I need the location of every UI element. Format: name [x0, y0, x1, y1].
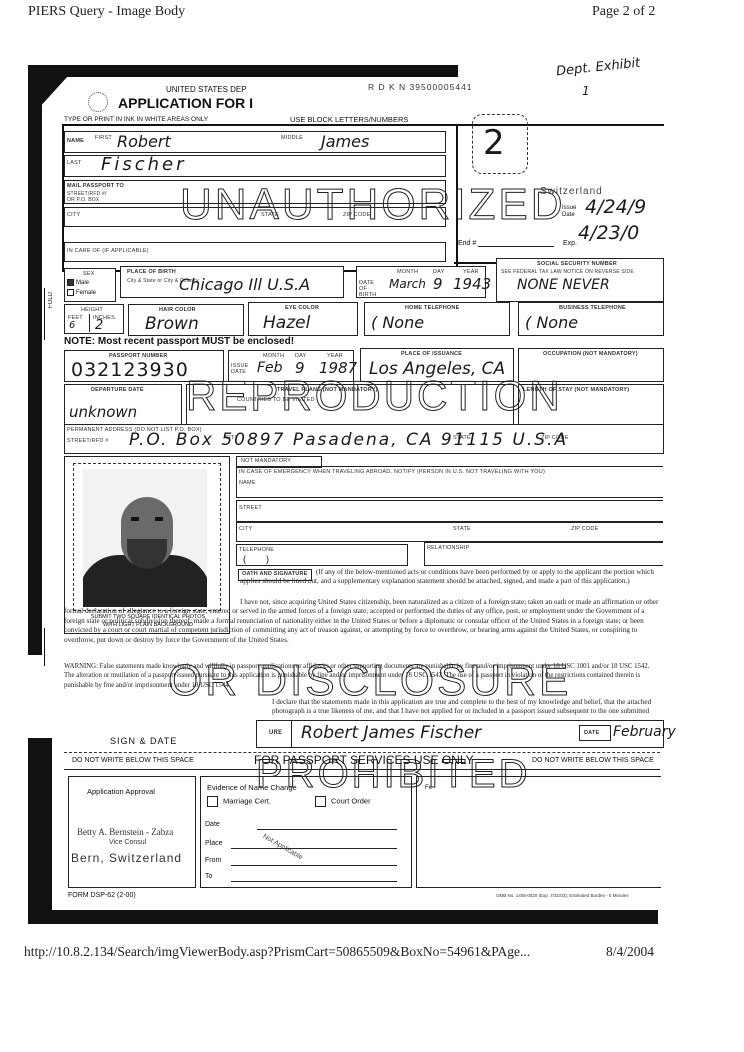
scan-edge-bottom: [28, 910, 658, 924]
nc-to-label: To: [205, 873, 212, 880]
emergency-state-label: STATE: [453, 526, 471, 532]
home-phone-field[interactable]: HOME TELEPHONE ( None: [364, 302, 510, 336]
signature-field[interactable]: URE Robert James Fischer DATE February: [256, 720, 664, 748]
place-of-birth-value: Chicago Ill U.S.A: [179, 275, 310, 294]
court-order-checkbox[interactable]: [315, 796, 326, 807]
in-care-of-field[interactable]: IN CARE OF (IF APPLICABLE): [64, 242, 446, 262]
dob-month-value: March: [389, 277, 426, 291]
sex-field: SEX Male Female: [64, 268, 116, 302]
place-of-birth-label: PLACE OF BIRTH: [127, 269, 176, 275]
place-of-issuance-label: PLACE OF ISSUANCE: [401, 351, 462, 357]
passport-note: NOTE: Most recent passport MUST be enclo…: [64, 336, 294, 347]
nc-date-label: Date: [205, 821, 220, 828]
passport-issue-date-field[interactable]: Month Day Year ISSUE DATE Feb 9 1987: [228, 350, 354, 382]
emergency-telephone-label: TELEPHONE: [239, 547, 274, 553]
emergency-city-field[interactable]: CITY STATE ZIP CODE: [236, 522, 663, 542]
male-checkbox[interactable]: [67, 279, 74, 286]
scan-edge-left-lower: [28, 738, 52, 924]
box-number: 2: [483, 123, 505, 163]
permanent-address-value: P.O. Box 50897 Pasadena, CA 91115 U.S.A: [129, 430, 568, 450]
scan-edge-top: [28, 65, 458, 77]
fold-marker-line-lower: [44, 628, 45, 666]
height-label: HEIGHT: [81, 307, 103, 313]
in-care-of-label: IN CARE OF (IF APPLICABLE): [67, 248, 149, 254]
occupation-label: OCCUPATION (Not Mandatory): [543, 351, 638, 357]
date-label: DATE: [584, 730, 599, 736]
sign-and-date-label: SIGN & DATE: [110, 736, 177, 746]
issue-date-value: 4/24/9: [585, 196, 646, 218]
dob-year-value: 1943: [453, 275, 491, 293]
date-of-birth-field[interactable]: Month Day Year DATE OF BIRTH March 9 194…: [356, 266, 486, 298]
occupation-field[interactable]: OCCUPATION (Not Mandatory): [518, 348, 664, 382]
first-name-value: Robert: [117, 132, 171, 151]
pid-day-value: 9: [295, 359, 305, 377]
eagle-seal-icon: [88, 92, 108, 112]
emergency-name-label: NAME: [239, 480, 256, 486]
length-of-stay-label: LENGTH OF STAY (Not Mandatory): [523, 387, 629, 393]
female-checkbox[interactable]: [67, 289, 74, 296]
page-date: 8/4/2004: [606, 944, 654, 960]
dob-day-value: 9: [433, 275, 443, 293]
marriage-cert-label: Marriage Cert.: [223, 796, 271, 805]
approval-label: Application Approval: [87, 787, 155, 796]
ssn-sublabel: SEE FEDERAL TAX LAW NOTICE ON REVERSE SI…: [501, 269, 634, 275]
place-of-birth-field[interactable]: PLACE OF BIRTH City & State or City & Co…: [120, 266, 344, 298]
exhibit-number: 1: [582, 84, 590, 98]
do-not-write-right: DO NOT WRITE BELOW THIS SPACE: [532, 757, 654, 764]
first-name-label: FIRST: [95, 135, 112, 141]
fold-marker-line: [44, 288, 45, 340]
middle-name-label: MIDDLE: [281, 135, 303, 141]
countries-label: COUNTRIES TO BE VISITED: [237, 397, 315, 403]
middle-name-value: James: [321, 132, 369, 151]
name-change-label: Evidence of Name Change: [207, 783, 297, 792]
issue-date-label: ISSUE DATE: [231, 363, 251, 375]
exp-date-value: 4/23/0: [578, 222, 639, 244]
not-mandatory-label: NOT MANDATORY: [241, 458, 291, 464]
nc-from-label: From: [205, 857, 221, 864]
date-of-birth-label: DATE OF BIRTH: [359, 280, 383, 298]
signature-value: Robert James Fischer: [301, 723, 481, 743]
zip-label: ZIP CODE: [343, 212, 370, 218]
passport-services-banner: FOR PASSPORT SERVICES USE ONLY: [254, 753, 474, 767]
emergency-city-label: CITY: [239, 526, 252, 532]
last-name-value: Fischer: [101, 154, 187, 175]
office-use-banner: DO NOT WRITE BELOW THIS SPACE FOR PASSPO…: [64, 752, 660, 770]
approver-title: Vice Consul: [109, 839, 146, 846]
perm-street-label: STREET/RFD #: [67, 438, 109, 444]
business-phone-field[interactable]: BUSINESS TELEPHONE ( None: [518, 302, 664, 336]
mailing-city-field[interactable]: CITY STATE ZIP CODE: [64, 207, 446, 227]
emergency-street-field[interactable]: STREET: [236, 500, 663, 522]
nc-place-field[interactable]: [231, 848, 397, 849]
signature-date-value: February: [613, 724, 676, 740]
departure-date-label: DEPARTURE DATE: [91, 387, 144, 393]
fee-label: Fe: [425, 785, 432, 791]
page-url[interactable]: http://10.8.2.134/Search/imgViewerBody.a…: [24, 944, 530, 960]
permanent-address-field[interactable]: PERMANENT ADDRESS (Do not list P.O. Box)…: [64, 424, 664, 454]
instruction-left: TYPE OR PRINT IN INK IN WHITE AREAS ONLY: [64, 116, 208, 123]
pid-month-value: Feb: [257, 360, 283, 376]
mailing-street-field[interactable]: MAIL PASSPORT TO STREET/RFD #/ OR P.O. B…: [64, 180, 446, 204]
marriage-cert-checkbox[interactable]: [207, 796, 218, 807]
nc-to-field[interactable]: [231, 881, 397, 882]
ssn-label: SOCIAL SECURITY NUMBER: [537, 261, 617, 267]
name-label: NAME: [67, 138, 84, 144]
pid-year-value: 1987: [319, 359, 357, 377]
application-approval-box: Application Approval Betty A. Bernstein …: [68, 776, 196, 888]
box-number-frame: 2: [472, 114, 528, 174]
emergency-relationship-label: RELATIONSHIP: [427, 545, 469, 551]
oath-declaration: I declare that the statements made in th…: [272, 698, 660, 718]
eye-color-value: Hazel: [263, 313, 310, 333]
travel-plans-label: TRAVEL PLANS (Not Mandatory): [277, 387, 378, 393]
oath-warning: WARNING: False statements made knowingly…: [64, 662, 660, 690]
dob-month-label: Month: [397, 269, 418, 275]
passport-number-field[interactable]: PASSPORT NUMBER 032123930: [64, 350, 224, 382]
scan-corner: [28, 65, 78, 120]
end-label: End #: [458, 240, 476, 247]
scan-edge-left: [28, 65, 42, 655]
name-first-middle-field[interactable]: NAME FIRST Robert MIDDLE James: [64, 131, 446, 153]
oath-intro: (If any of the below-mentioned acts or c…: [240, 568, 660, 587]
eye-color-field[interactable]: EYE COLOR Hazel: [248, 302, 358, 336]
omb-number: OMB No. 1405-0020 (Exp. 7/31/03); Estima…: [496, 893, 629, 898]
city-label: CITY: [67, 212, 80, 218]
hair-color-label: HAIR COLOR: [159, 307, 196, 313]
nc-date-field[interactable]: [257, 829, 397, 830]
emergency-relationship-field[interactable]: RELATIONSHIP: [424, 542, 663, 566]
page-title: PIERS Query - Image Body: [28, 4, 185, 20]
departure-date-field[interactable]: DEPARTURE DATE unknown: [64, 384, 182, 426]
sex-label: SEX: [83, 271, 95, 277]
home-phone-label: HOME TELEPHONE: [405, 305, 459, 311]
form-title: APPLICATION FOR I: [118, 95, 253, 111]
hair-color-field[interactable]: HAIR COLOR Brown: [128, 304, 244, 336]
emergency-street-label: STREET: [239, 505, 262, 511]
page-indicator: Page 2 of 2: [592, 4, 655, 20]
form-number: FORM DSP-62 (2-00): [68, 892, 136, 899]
emergency-telephone-value: ( ): [243, 554, 269, 564]
oath-body: I have not, since acquiring United State…: [64, 598, 660, 656]
state-label: STATE: [261, 212, 279, 218]
form-agency: UNITED STATES DEP: [166, 85, 247, 94]
mail-passport-label: MAIL PASSPORT TO: [67, 183, 124, 189]
fold-marker-label: FOLD: [48, 292, 54, 308]
business-phone-value: ( None: [525, 313, 578, 332]
fee-box: Fe: [416, 776, 661, 888]
signature-label: URE: [269, 730, 282, 736]
departure-date-value: unknown: [69, 403, 137, 421]
height-field[interactable]: HEIGHT Feet Inches 6 2: [64, 304, 124, 334]
length-of-stay-field[interactable]: LENGTH OF STAY (Not Mandatory): [518, 384, 664, 426]
street-label: STREET/RFD #/ OR P.O. BOX: [67, 191, 107, 203]
emergency-header-label: IN CASE OF EMERGENCY WHEN TRAVELING ABRO…: [239, 469, 545, 475]
ssn-field[interactable]: SOCIAL SECURITY NUMBER SEE FEDERAL TAX L…: [496, 258, 664, 302]
nc-from-field[interactable]: [231, 865, 397, 866]
applicant-photo: [83, 469, 207, 607]
end-field[interactable]: [478, 246, 554, 247]
form-serial-number: R D K N 39500005441: [368, 82, 473, 92]
instruction-right: USE BLOCK LETTERS/NUMBERS: [290, 115, 408, 124]
ssn-value: NONE NEVER: [517, 277, 610, 293]
approver-name: Betty A. Bernstein - Zabza: [77, 827, 173, 837]
court-order-label: Court Order: [331, 796, 371, 805]
height-feet-value: 6: [69, 320, 75, 331]
business-phone-label: BUSINESS TELEPHONE: [559, 305, 626, 311]
nc-place-label: Place: [205, 840, 223, 847]
emergency-telephone-field[interactable]: TELEPHONE ( ): [236, 544, 408, 566]
home-phone-value: ( None: [371, 313, 424, 332]
female-option-label: Female: [76, 290, 96, 296]
exp-label: Exp.: [563, 240, 577, 247]
emergency-name-field[interactable]: IN CASE OF EMERGENCY WHEN TRAVELING ABRO…: [236, 466, 663, 498]
male-option-label: Male: [76, 280, 89, 286]
do-not-write-left: DO NOT WRITE BELOW THIS SPACE: [72, 757, 194, 764]
height-inches-value: 2: [95, 318, 103, 333]
approver-location: Bern, Switzerland: [71, 851, 182, 865]
eye-color-label: EYE COLOR: [285, 305, 319, 311]
pid-month-label: Month: [263, 353, 284, 359]
issue-date-label: Issue Date: [562, 205, 580, 219]
place-of-issuance-value: Los Angeles, CA: [369, 359, 505, 379]
passport-number-value: 032123930: [71, 359, 189, 381]
emergency-zip-label: ZIP CODE: [571, 526, 598, 532]
last-name-label: LAST: [67, 160, 82, 166]
hair-color-value: Brown: [145, 314, 199, 334]
place-of-issuance-field[interactable]: PLACE OF ISSUANCE Los Angeles, CA: [360, 348, 514, 382]
name-change-box: Evidence of Name Change Marriage Cert. C…: [200, 776, 412, 888]
travel-plans-field[interactable]: TRAVEL PLANS (Not Mandatory) COUNTRIES T…: [186, 384, 514, 426]
last-name-field[interactable]: LAST Fischer: [64, 155, 446, 177]
